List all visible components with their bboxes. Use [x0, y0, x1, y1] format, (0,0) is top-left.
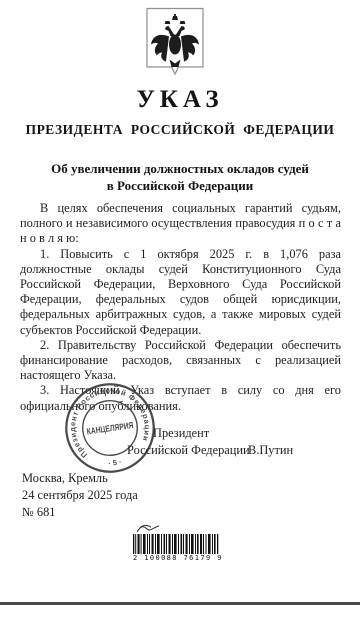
signature-name: В.Путин — [248, 443, 293, 458]
chancellery-stamp: Президент Российской Федерации КАНЦЕЛЯРИ… — [57, 375, 163, 481]
barcode-icon — [133, 534, 219, 554]
decree-paragraph-preamble: В целях обеспечения социальных гарантий … — [20, 201, 341, 247]
decree-subject: Об увеличении должностных окладов судей … — [30, 161, 330, 194]
barcode-block: 2 100088 76179 9 — [133, 523, 221, 562]
russian-coat-of-arms-icon — [146, 7, 204, 78]
photo-edge-line — [0, 602, 360, 605]
signature-title-line1: Президент — [153, 426, 209, 441]
decree-subject-line1: Об увеличении должностных окладов судей — [30, 161, 330, 178]
handwritten-mark-icon — [135, 523, 161, 534]
issuance-number: № 681 — [22, 504, 138, 521]
decree-paragraph-1: 1. Повысить с 1 октября 2025 г. в 1,076 … — [20, 247, 341, 338]
decree-issuer: ПРЕЗИДЕНТА РОССИЙСКОЙ ФЕДЕРАЦИИ — [0, 122, 360, 138]
issuance-block: Москва, Кремль 24 сентября 2025 года № 6… — [22, 470, 138, 521]
issuance-date: 24 сентября 2025 года — [22, 487, 138, 504]
stamp-bottom-number: · 5 · — [108, 457, 122, 468]
signature-title-line2: Российской Федерации — [127, 443, 250, 458]
barcode-digits: 2 100088 76179 9 — [133, 554, 221, 562]
stamp-center-text: КАНЦЕЛЯРИЯ — [86, 420, 134, 436]
decree-document: УКАЗ ПРЕЗИДЕНТА РОССИЙСКОЙ ФЕДЕРАЦИИ Об … — [0, 0, 360, 640]
decree-title: УКАЗ — [0, 86, 360, 114]
decree-paragraph-2: 2. Правительству Российской Федерации об… — [20, 338, 341, 384]
decree-subject-line2: в Российской Федерации — [30, 178, 330, 195]
issuance-place: Москва, Кремль — [22, 470, 138, 487]
decree-body: В целях обеспечения социальных гарантий … — [20, 201, 341, 414]
